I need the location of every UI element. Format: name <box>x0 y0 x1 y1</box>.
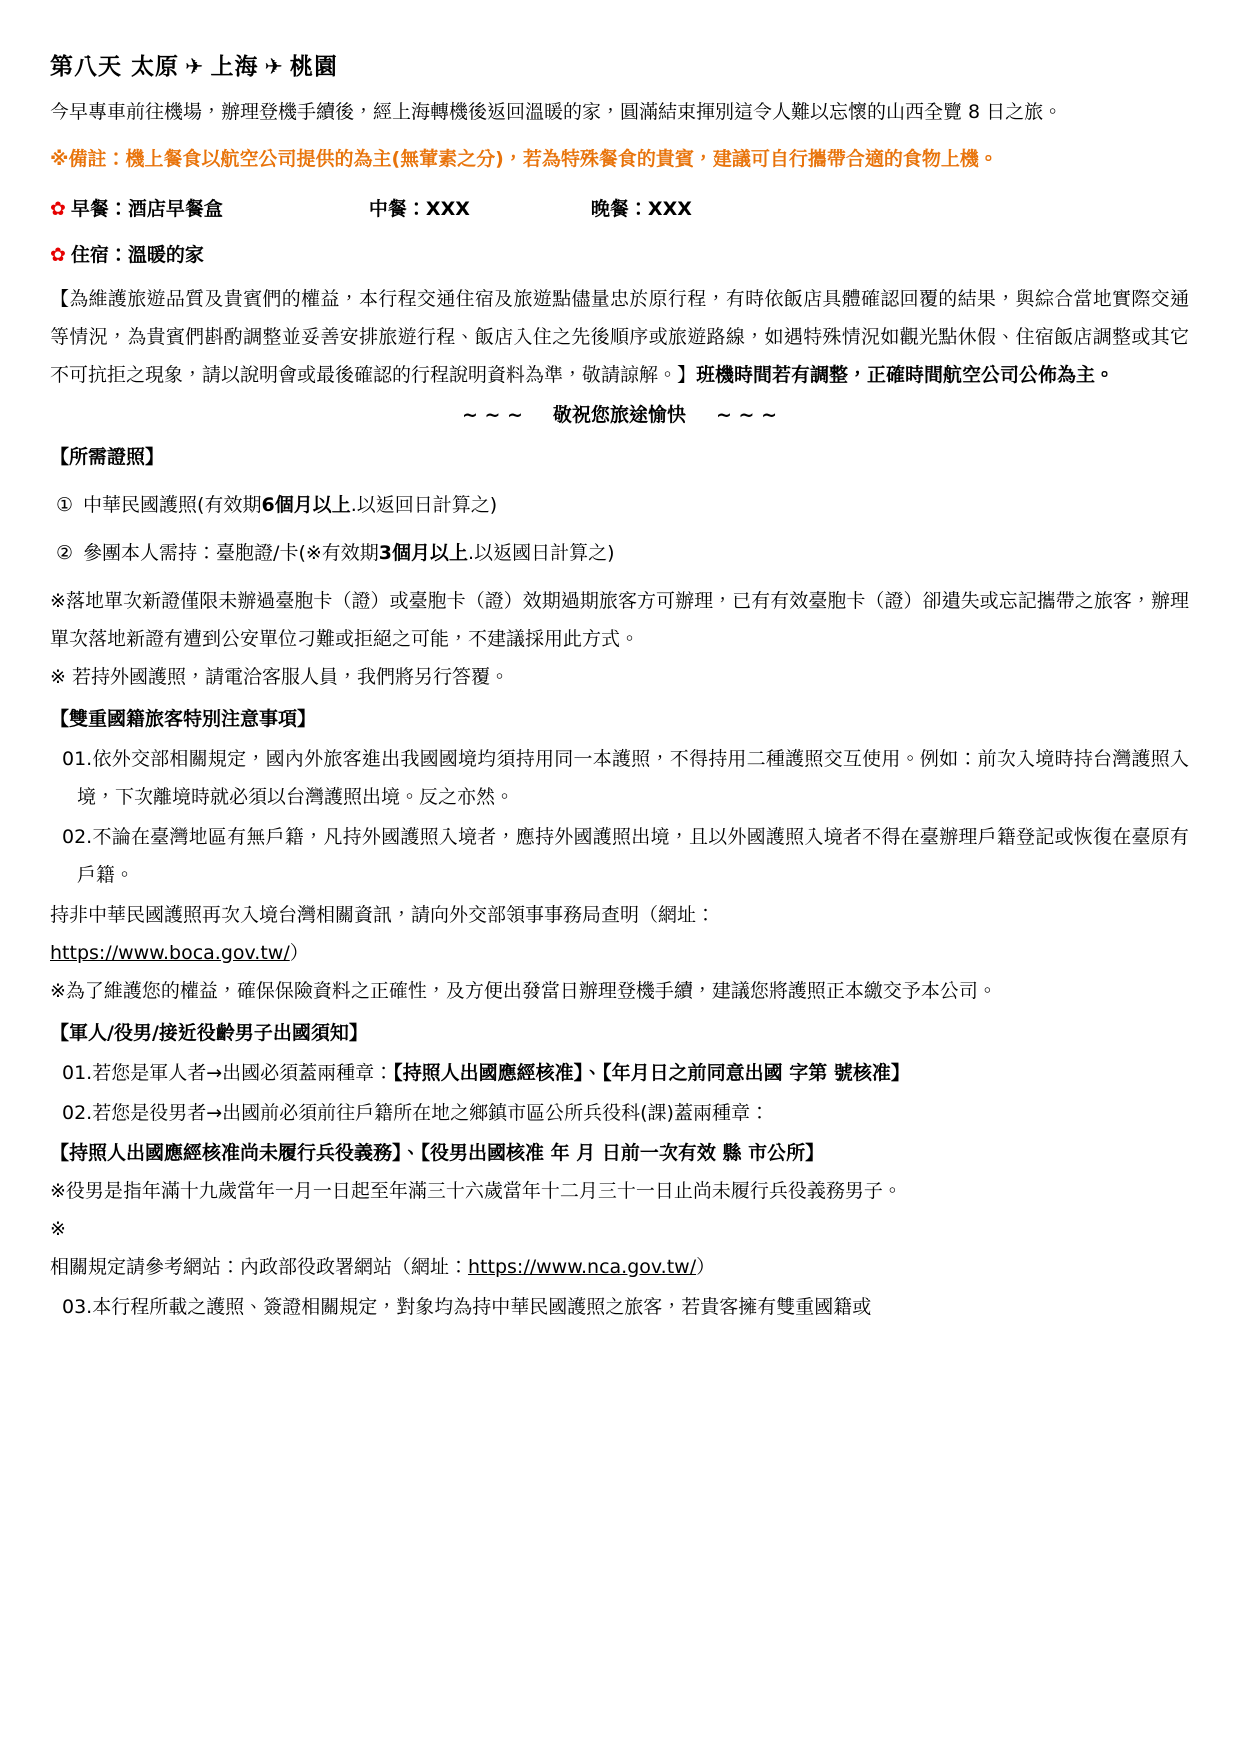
validity-bold: 3個月以上 <box>379 542 468 564</box>
dinner-info: 晚餐：XXX <box>591 190 692 228</box>
item-text: 中華民國護照(有效期 <box>83 494 261 516</box>
item-number: 03. <box>62 1296 92 1318</box>
day-title: 第八天 太原✈上海✈桃園 <box>50 50 1189 85</box>
item-number: 02. <box>62 1102 92 1124</box>
dual-nationality-item-2: 02.不論在臺灣地區有無戶籍，凡持外國護照入境者，應持外國護照出境，且以外國護照… <box>50 818 1189 894</box>
item-number: 02. <box>62 826 92 848</box>
item-text: .以返回日計算之) <box>351 494 497 516</box>
circled-number: ② <box>56 542 73 564</box>
itinerary-page: 第八天 太原✈上海✈桃園 今早專車前往機場，辦理登機手續後，經上海轉機後返回溫暖… <box>0 0 1241 1326</box>
nca-url-link[interactable]: https://www.nca.gov.tw/ <box>468 1256 696 1278</box>
flower-icon: ✿ <box>50 198 66 220</box>
item-text: .以返國日計算之) <box>468 542 614 564</box>
item-text: 不論在臺灣地區有無戶籍，凡持外國護照入境者，應持外國護照出境，且以外國護照入境者… <box>77 826 1189 886</box>
draftee-definition-note: ※役男是指年滿十九歲當年一月一日起至年滿三十六歲當年十二月三十一日止尚未履行兵役… <box>50 1172 1189 1210</box>
itinerary-policy-paragraph: 【為維護旅遊品質及貴賓們的權益，本行程交通住宿及旅遊點儘量忠於原行程，有時依飯店… <box>50 280 1189 394</box>
item-text: 若您是役男者→出國前必須前往戶籍所在地之鄉鎮市區公所兵役科(課)蓋兩種章： <box>92 1102 769 1124</box>
item-text: 參團本人需持：臺胞證/卡(※有效期 <box>83 542 379 564</box>
flower-icon: ✿ <box>50 244 66 266</box>
item-text: 若您是軍人者→出國必須蓋兩種章： <box>92 1062 393 1084</box>
validity-bold: 6個月以上 <box>261 494 350 516</box>
day-title-origin: 第八天 太原 <box>50 54 179 80</box>
wish-text: 敬祝您旅途愉快 <box>553 404 686 426</box>
required-doc-item-1: ①中華民國護照(有效期6個月以上.以返回日計算之) <box>56 486 1189 524</box>
stamp-names-bold: 【持照人出國應經核准】、【年月日之前同意出國 字第 號核准】 <box>393 1062 910 1084</box>
farewell-wish-line: ~ ~ ~敬祝您旅途愉快~ ~ ~ <box>50 396 1189 434</box>
accommodation-info: 住宿：溫暖的家 <box>71 244 204 266</box>
reference-marker: ※ <box>50 1210 1189 1248</box>
nca-info-close: ） <box>696 1256 715 1278</box>
military-heading: 【軍人/役男/接近役齡男子出國須知】 <box>50 1014 1189 1052</box>
meal-remark-note: ※備註：機上餐食以航空公司提供的為主(無葷素之分)，若為特殊餐食的貴賓，建議可自… <box>50 140 1189 178</box>
required-documents-heading: 【所需證照】 <box>50 438 1189 476</box>
passport-handover-note: ※為了維護您的權益，確保保險資料之正確性，及方便出發當日辦理登機手續，建議您將護… <box>50 972 1189 1010</box>
military-item-1: 01.若您是軍人者→出國必須蓋兩種章：【持照人出國應經核准】、【年月日之前同意出… <box>50 1054 1189 1092</box>
day-title-via: 上海 <box>210 54 258 80</box>
accommodation-row: ✿住宿：溫暖的家 <box>50 236 1189 274</box>
airplane-icon: ✈ <box>185 55 204 80</box>
boca-info-text: 持非中華民國護照再次入境台灣相關資訊，請向外交部領事事務局查明（網址： <box>50 904 715 926</box>
item-number: 01. <box>62 1062 92 1084</box>
foreign-passport-note: ※ 若持外國護照，請電洽客服人員，我們將另行答覆。 <box>50 658 1189 696</box>
lunch-info: 中餐：XXX <box>369 190 591 228</box>
landing-permit-note: ※落地單次新證僅限未辦過臺胞卡（證）或臺胞卡（證）效期過期旅客方可辦理，已有有效… <box>50 582 1189 658</box>
item-text: 本行程所載之護照、簽證相關規定，對象均為持中華民國護照之旅客，若貴客擁有雙重國籍… <box>92 1296 871 1318</box>
circled-number: ① <box>56 494 73 516</box>
military-item-2: 02.若您是役男者→出國前必須前往戶籍所在地之鄉鎮市區公所兵役科(課)蓋兩種章： <box>50 1094 1189 1132</box>
item-text: 依外交部相關規定，國內外旅客進出我國國境均須持用同一本護照，不得持用二種護照交互… <box>77 748 1189 808</box>
item-number: 01. <box>62 748 92 770</box>
flight-time-note: 班機時間若有調整，正確時間航空公司公佈為主。 <box>696 364 1114 386</box>
meals-row: ✿早餐：酒店早餐盒中餐：XXX晚餐：XXX <box>50 190 1189 228</box>
airplane-icon: ✈ <box>264 55 283 80</box>
day-description: 今早專車前往機場，辦理登機手續後，經上海轉機後返回溫暖的家，圓滿結束揮別這令人難… <box>50 93 1189 131</box>
nca-info-text: 相關規定請參考網站：內政部役政署網站（網址： <box>50 1256 468 1278</box>
tilde-decoration: ~ ~ ~ <box>462 404 523 426</box>
boca-url-link[interactable]: https://www.boca.gov.tw/ <box>50 942 290 964</box>
nca-info-line: 相關規定請參考網站：內政部役政署網站（網址：https://www.nca.go… <box>50 1248 1189 1286</box>
required-doc-item-2: ②參團本人需持：臺胞證/卡(※有效期3個月以上.以返國日計算之) <box>56 534 1189 572</box>
military-item-3: 03.本行程所載之護照、簽證相關規定，對象均為持中華民國護照之旅客，若貴客擁有雙… <box>50 1288 1189 1326</box>
dual-nationality-heading: 【雙重國籍旅客特別注意事項】 <box>50 700 1189 738</box>
boca-info-close: ） <box>290 942 309 964</box>
day-title-destination: 桃園 <box>290 54 338 80</box>
dual-nationality-item-1: 01.依外交部相關規定，國內外旅客進出我國國境均須持用同一本護照，不得持用二種護… <box>50 740 1189 816</box>
military-stamps-line: 【持照人出國應經核准尚未履行兵役義務】、【役男出國核准 年 月 日前一次有效 縣… <box>50 1134 1189 1172</box>
tilde-decoration: ~ ~ ~ <box>716 404 777 426</box>
breakfast-info: 早餐：酒店早餐盒 <box>71 190 369 228</box>
boca-info-line: 持非中華民國護照再次入境台灣相關資訊，請向外交部領事事務局查明（網址：https… <box>50 896 1189 972</box>
